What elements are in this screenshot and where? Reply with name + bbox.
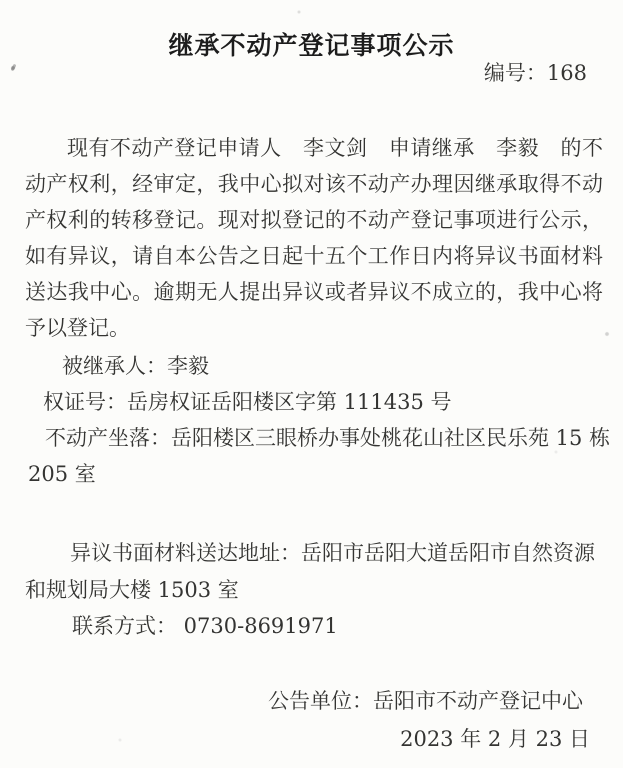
body-line-3: 产权利的转移登记。现对拟登记的不动产登记事项进行公示， xyxy=(25,202,603,238)
field-property-location-line2: 205 室 xyxy=(25,456,617,492)
field-property-location-line1: 不动产坐落：岳阳楼区三眼桥办事处桃花山社区民乐苑 15 栋 xyxy=(25,420,617,456)
field-decedent: 被继承人：李毅 xyxy=(25,348,617,384)
body-line-5: 送达我中心。逾期无人提出异议或者异议不成立的，我中心将 xyxy=(25,274,603,310)
objection-address-line1: 异议书面材料送达地址：岳阳市岳阳大道岳阳市自然资源 xyxy=(25,535,617,572)
contact-section: 异议书面材料送达地址：岳阳市岳阳大道岳阳市自然资源 和规划局大楼 1503 室 … xyxy=(25,535,617,645)
contact-phone: 联系方式： 0730-8691971 xyxy=(25,608,617,645)
registration-fields: 被继承人：李毅 权证号：岳房权证岳阳楼区字第 111435 号 不动产坐落：岳阳… xyxy=(25,348,617,492)
objection-address-line2: 和规划局大楼 1503 室 xyxy=(25,572,617,609)
notice-document-page: 继承不动产登记事项公示 编号：168 现有不动产登记申请人 李文剑 申请继承 李… xyxy=(0,0,623,768)
body-line-1: 现有不动产登记申请人 李文剑 申请继承 李毅 的不 xyxy=(25,130,603,166)
field-certificate-number: 权证号：岳房权证岳阳楼区字第 111435 号 xyxy=(25,384,617,420)
notice-body-paragraph: 现有不动产登记申请人 李文剑 申请继承 李毅 的不 动产权利，经审定，我中心拟对… xyxy=(25,130,603,346)
body-line-6: 予以登记。 xyxy=(25,310,603,346)
body-line-2: 动产权利，经审定，我中心拟对该不动产办理因继承取得不动 xyxy=(25,166,603,202)
body-line-4: 如有异议，请自本公告之日起十五个工作日内将异议书面材料 xyxy=(25,238,603,274)
issuing-authority: 公告单位：岳阳市不动产登记中心 xyxy=(0,685,623,717)
notice-date: 2023 年 2 月 23 日 xyxy=(0,723,623,755)
serial-number: 编号：168 xyxy=(0,58,623,88)
